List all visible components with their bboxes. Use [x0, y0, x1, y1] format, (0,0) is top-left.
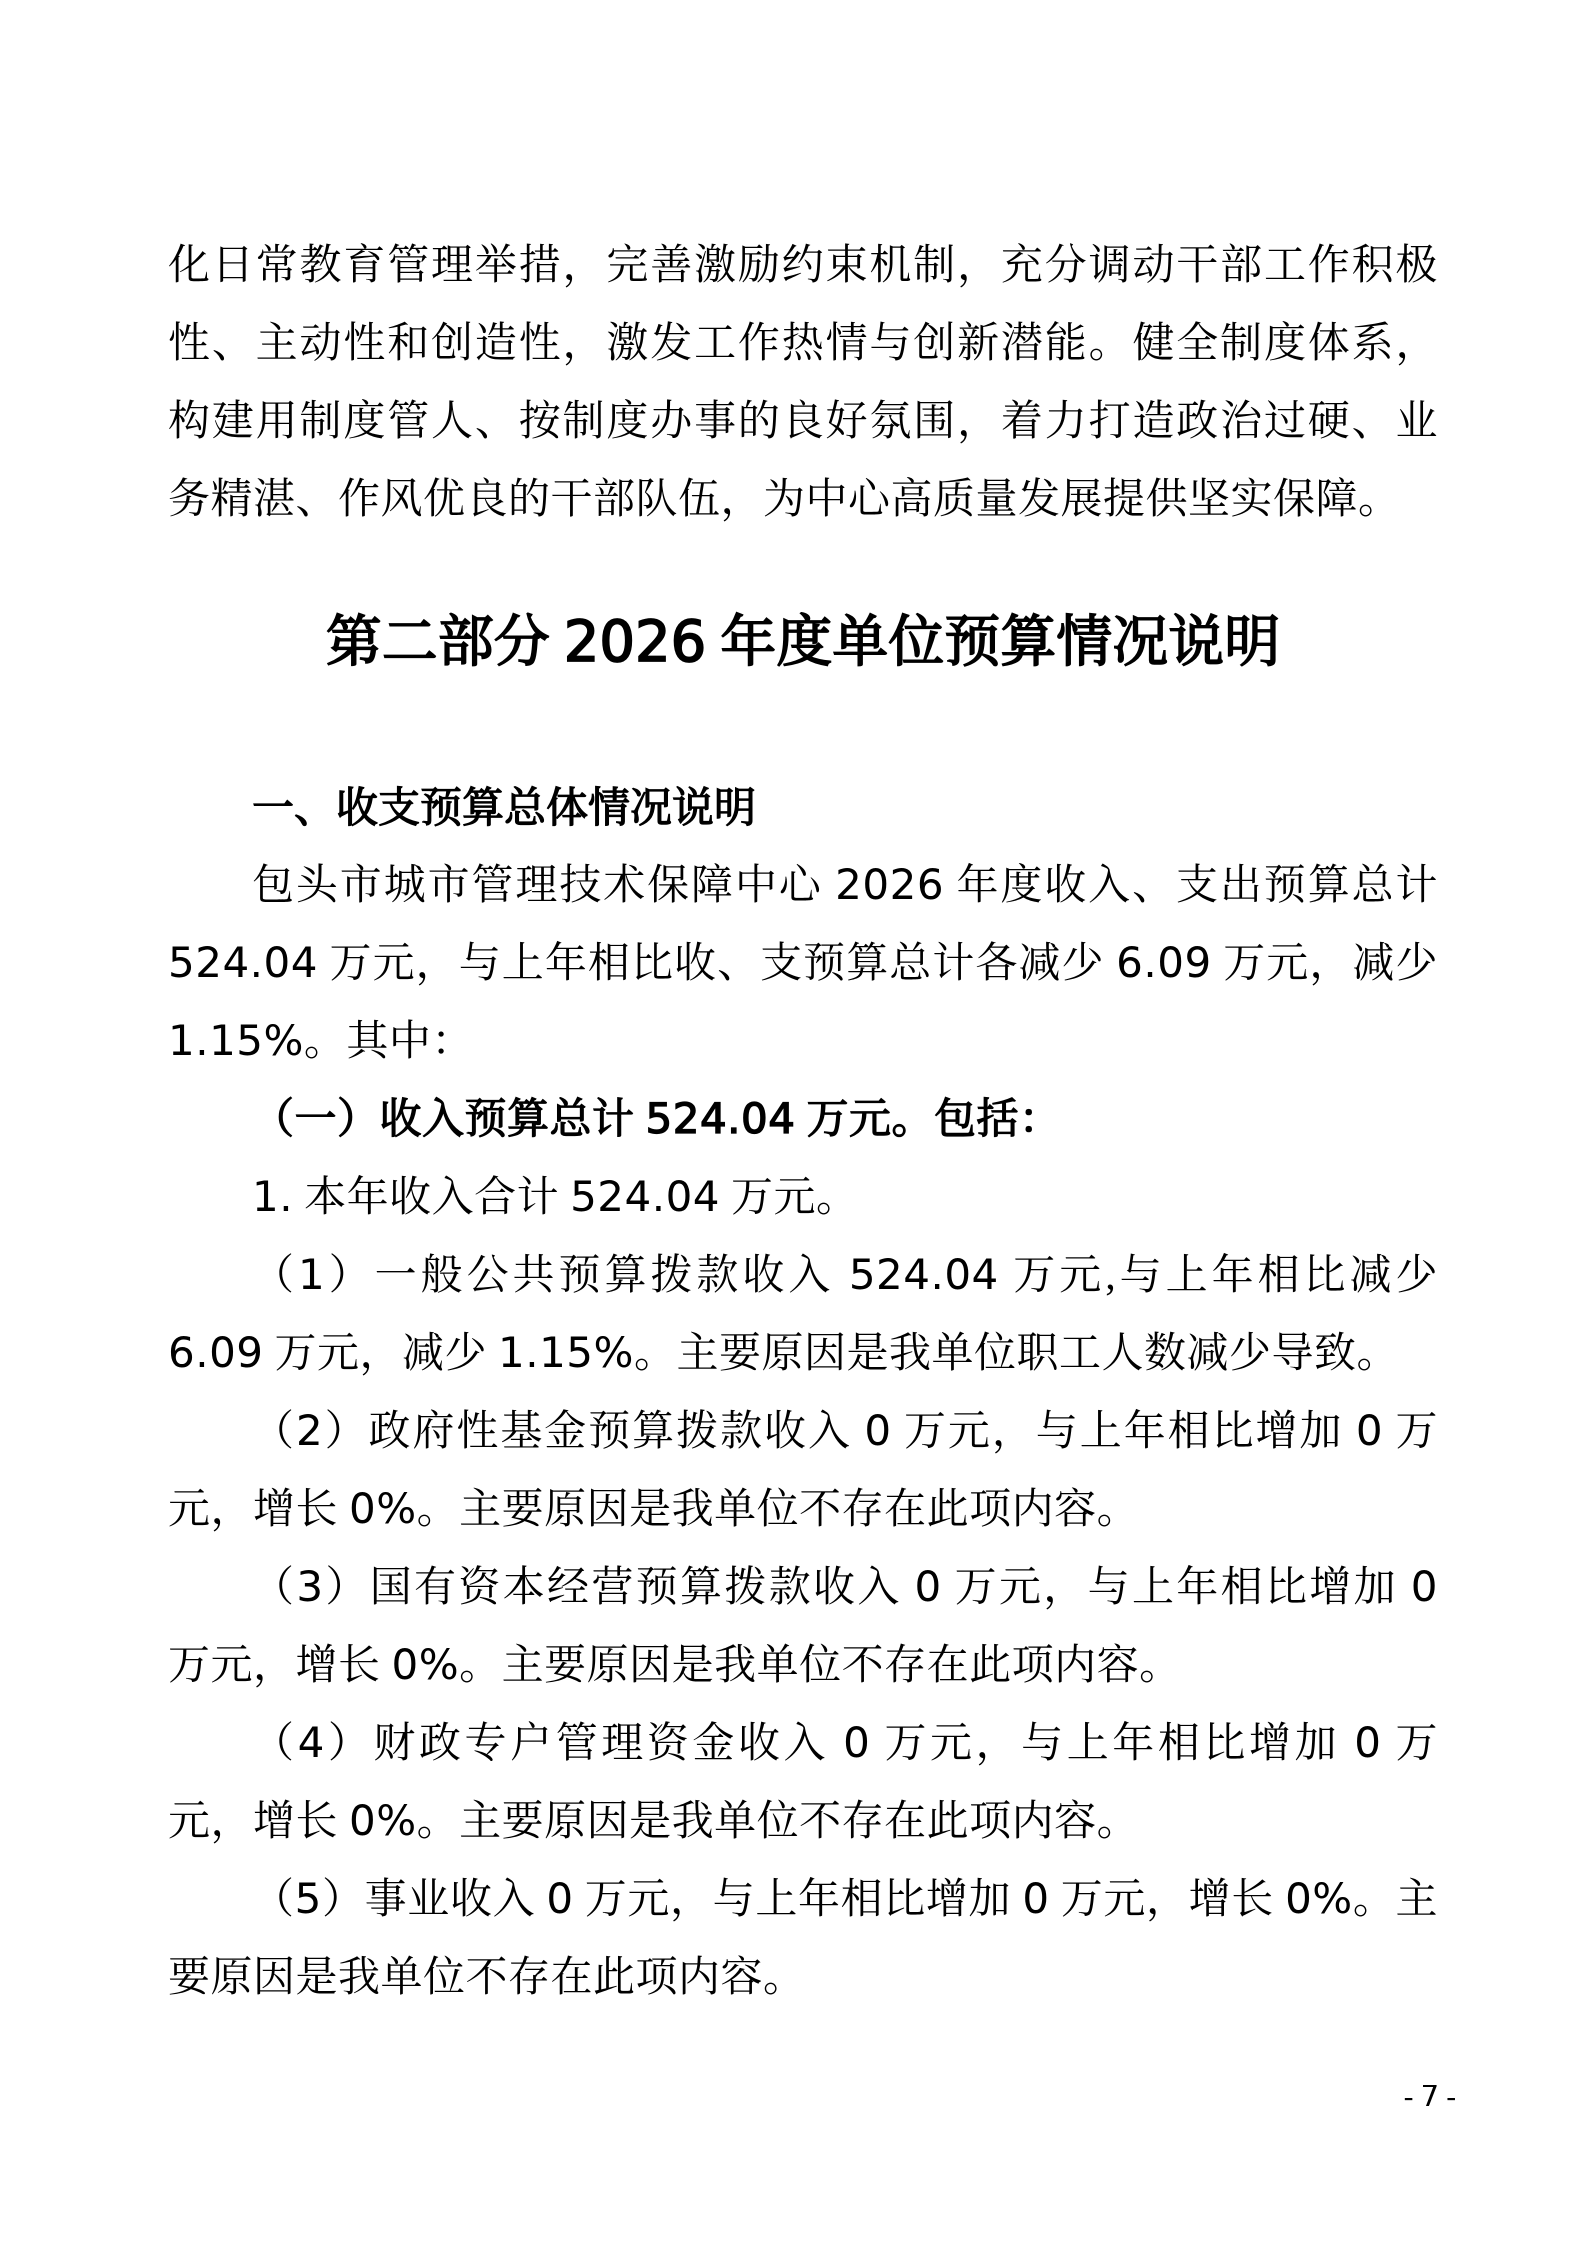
- paragraph-general-public-budget-income: （1）一般公共预算拨款收入 524.04 万元,与上年相比减少 6.09 万元，…: [168, 1237, 1438, 1393]
- paragraph-income-total: （一）收入预算总计 524.04 万元。包括：: [168, 1081, 1438, 1159]
- page-number: - 7 -: [1404, 2080, 1456, 2114]
- paragraph-state-capital-income: （3）国有资本经营预算拨款收入 0 万元，与上年相比增加 0 万元，增长 0%。…: [168, 1549, 1438, 1705]
- section1-heading: 一、收支预算总体情况说明: [168, 769, 1438, 847]
- paragraph-annual-income: 1. 本年收入合计 524.04 万元。: [168, 1159, 1438, 1237]
- part2-title: 第二部分 2026 年度单位预算情况说明: [168, 597, 1438, 689]
- document-content: 化日常教育管理举措，完善激励约束机制，充分调动干部工作积极性、主动性和创造性，激…: [168, 227, 1438, 2017]
- paragraph-government-fund-income: （2）政府性基金预算拨款收入 0 万元，与上年相比增加 0 万元，增长 0%。主…: [168, 1393, 1438, 1549]
- paragraph-business-income: （5）事业收入 0 万元，与上年相比增加 0 万元，增长 0%。主要原因是我单位…: [168, 1861, 1438, 2017]
- paragraph-continuation: 化日常教育管理举措，完善激励约束机制，充分调动干部工作积极性、主动性和创造性，激…: [168, 227, 1438, 539]
- document-page: 化日常教育管理举措，完善激励约束机制，充分调动干部工作积极性、主动性和创造性，激…: [0, 0, 1588, 2245]
- paragraph-fiscal-account-income: （4）财政专户管理资金收入 0 万元，与上年相比增加 0 万元，增长 0%。主要…: [168, 1705, 1438, 1861]
- paragraph-budget-overview: 包头市城市管理技术保障中心 2026 年度收入、支出预算总计 524.04 万元…: [168, 847, 1438, 1081]
